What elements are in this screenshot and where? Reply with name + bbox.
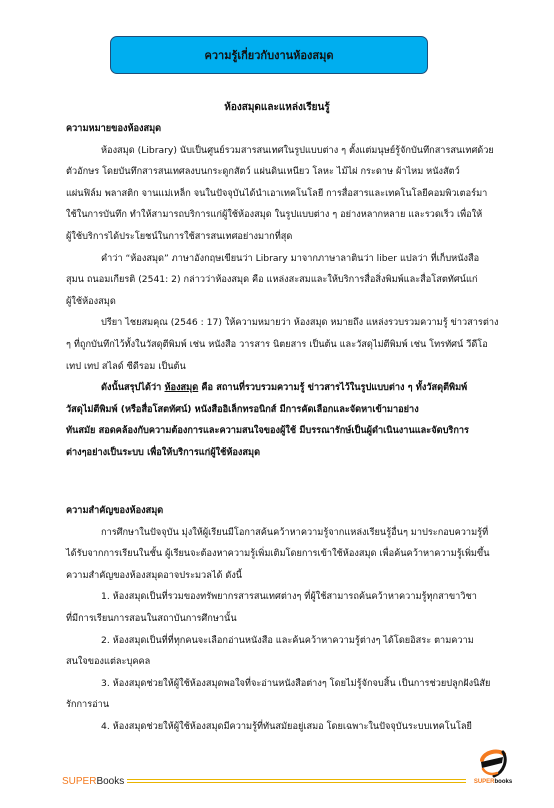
- title-banner: ความรู้เกี่ยวกับงานห้องสมุด: [110, 36, 428, 74]
- paragraph-line: การศึกษาในปัจจุบัน มุ่งให้ผู้เรียนมีโอกา…: [66, 522, 518, 544]
- paragraph-line: ผู้ใช้บริการได้ประโยชน์ในการใช้สารสนเทศอ…: [66, 226, 518, 248]
- paragraph-line: ปรียา ไชยสมคุณ (2546 : 17) ให้ความหมายว่…: [66, 312, 518, 334]
- footer-brand: SUPERBooks: [62, 776, 124, 787]
- paragraph-line: คำว่า “ห้องสมุด” ภาษาอังกฤษเขียนว่า Libr…: [66, 248, 518, 270]
- summary-rest: คือ สถานที่รวบรวมความรู้ ข่าวสารไว้ในรูป…: [198, 382, 467, 393]
- superbooks-swoosh-logo-icon: [472, 748, 514, 780]
- footer-double-rule: [127, 779, 466, 783]
- paragraph-line: ผู้ใช้ห้องสมุด: [66, 291, 518, 313]
- paragraph-line: ใช้ในการบันทึก ทำให้สามารถบริการแก่ผู้ใช…: [66, 204, 518, 226]
- section-heading-meaning: ความหมายของห้องสมุด: [66, 118, 518, 140]
- page-footer: SUPERBooks: [62, 774, 466, 788]
- summary-paragraph-line: วัสดุไม่ตีพิมพ์ (หรือสื่อโสตทัศน์) หนังส…: [66, 399, 518, 421]
- section-importance: ความสำคัญของห้องสมุด การศึกษาในปัจจุบัน …: [66, 500, 518, 738]
- section-subtitle: ห้องสมุดและแหล่งเรียนรู้: [0, 100, 554, 115]
- paragraph-line: ห้องสมุด (Library) นับเป็นศูนย์รวมสารสนเ…: [66, 140, 518, 162]
- superbooks-logo: SUPERbooks: [472, 748, 514, 788]
- list-item-1-cont: ที่มีการเรียนการสอนในสถาบันการศึกษานั้น: [66, 608, 518, 630]
- list-item-2-cont: สนใจของแต่ละบุคคล: [66, 651, 518, 673]
- paragraph-line: ๆ ที่ถูกบันทึกไว้ทั้งในวัสดุตีพิมพ์ เช่น…: [66, 334, 518, 356]
- section-meaning: ความหมายของห้องสมุด ห้องสมุด (Library) น…: [66, 118, 518, 464]
- paragraph-line: ได้รับจากการเรียนในชั้น ผู้เรียนจะต้องหา…: [66, 543, 518, 565]
- list-item-3-cont: รักการอ่าน: [66, 694, 518, 716]
- paragraph-line: ความสำคัญของห้องสมุดอาจประมวลได้ ดังนี้: [66, 565, 518, 587]
- list-item-4: 4. ห้องสมุดช่วยให้ผู้ใช้ห้องสมุดมีความรู…: [66, 716, 518, 738]
- list-item-2: 2. ห้องสมุดเป็นที่ที่ทุกคนจะเลือกอ่านหนั…: [66, 630, 518, 652]
- list-item-3: 3. ห้องสมุดช่วยให้ผู้ใช้ห้องสมุดพอใจที่จ…: [66, 673, 518, 695]
- paragraph-line: สุมน ถนอมเกียรติ (2541: 2) กล่าวว่าห้องส…: [66, 269, 518, 291]
- summary-paragraph-line: ต่างๆอย่างเป็นระบบ เพื่อให้บริการแก่ผู้ใ…: [66, 442, 518, 464]
- document-page: ความรู้เกี่ยวกับงานห้องสมุด ห้องสมุดและแ…: [0, 0, 554, 808]
- paragraph-line: แผ่นฟิล์ม พลาสติก จานแม่เหล็ก จนในปัจจุบ…: [66, 183, 518, 205]
- summary-paragraph-line: ดังนั้นสรุปได้ว่า ห้องสมุด คือ สถานที่รว…: [66, 377, 518, 399]
- paragraph-line: ตัวอักษร โดยบันทึกสารสนเทศลงบนกระดูกสัตว…: [66, 161, 518, 183]
- page-title: ความรู้เกี่ยวกับงานห้องสมุด: [205, 46, 334, 64]
- section-heading-importance: ความสำคัญของห้องสมุด: [66, 500, 518, 522]
- logo-wordmark: SUPERbooks: [472, 779, 514, 785]
- summary-paragraph-line: ทันสมัย สอดคล้องกับความต้องการและความสนใ…: [66, 420, 518, 442]
- summary-term-underlined: ห้องสมุด: [165, 382, 199, 393]
- summary-lead: ดังนั้นสรุปได้ว่า: [101, 382, 165, 393]
- list-item-1: 1. ห้องสมุดเป็นที่รวมของทรัพยากรสารสนเทศ…: [66, 586, 518, 608]
- paragraph-line: เทป เทป สไลด์ ซีดีรอม เป็นต้น: [66, 356, 518, 378]
